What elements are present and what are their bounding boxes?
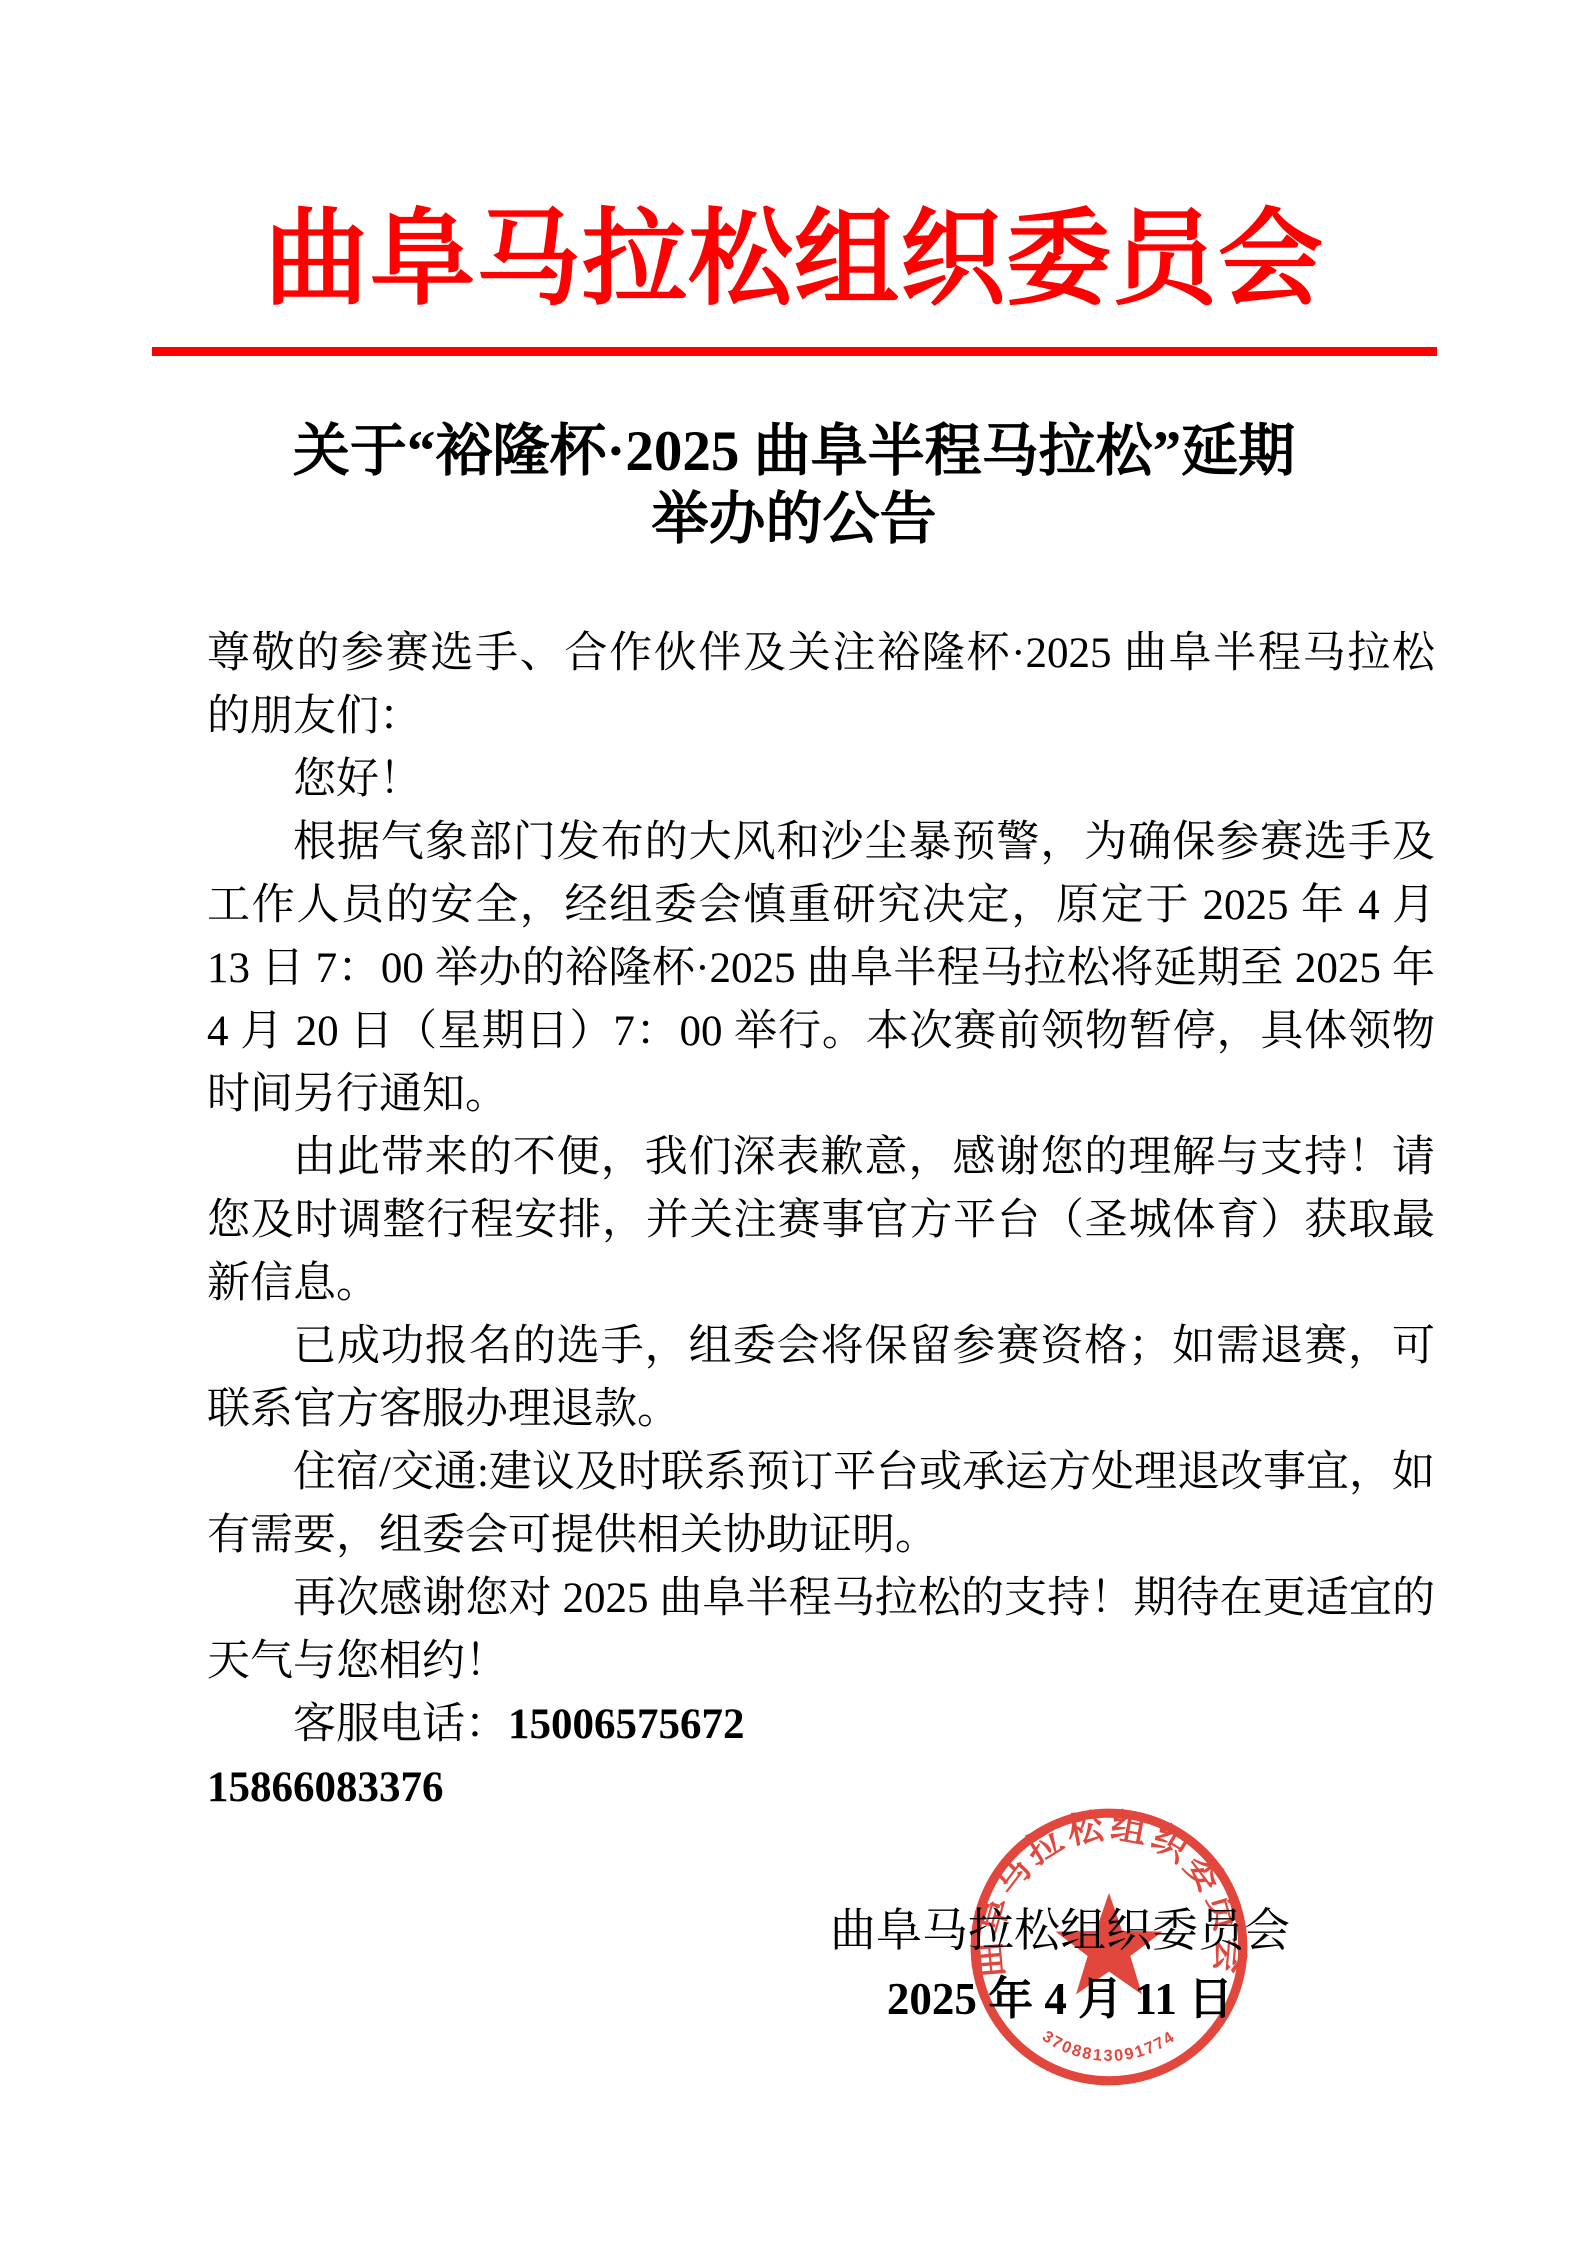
phone-line: 客服电话：15006575672	[207, 1693, 1435, 1756]
paragraph-refund: 已成功报名的选手，组委会将保留参赛资格；如需退赛，可联系官方客服办理退款。	[207, 1315, 1435, 1441]
paragraph-thanks: 再次感谢您对 2025 曲阜半程马拉松的支持！期待在更适宜的天气与您相约！	[207, 1567, 1435, 1693]
body-text: 尊敬的参赛选手、合作伙伴及关注裕隆杯·2025 曲阜半程马拉松的朋友们： 您好！…	[207, 622, 1435, 1819]
announcement-title-line2: 举办的公告	[0, 486, 1588, 554]
paragraph-postponement: 根据气象部门发布的大风和沙尘暴预警，为确保参赛选手及工作人员的安全，经组委会慎重…	[207, 811, 1435, 1126]
announcement-title-line1: 关于“裕隆杯·2025 曲阜半程马拉松”延期	[0, 418, 1588, 486]
announcement-title: 关于“裕隆杯·2025 曲阜半程马拉松”延期 举办的公告	[0, 418, 1588, 554]
official-seal: 曲阜马拉松组织委员会 3708813091774	[966, 1804, 1252, 2090]
phone-number-primary: 15006575672	[508, 1701, 745, 1748]
paragraph-salutation: 尊敬的参赛选手、合作伙伴及关注裕隆杯·2025 曲阜半程马拉松的朋友们：	[207, 622, 1435, 748]
star-icon	[1056, 1893, 1163, 1995]
paragraph-travel: 住宿/交通:建议及时联系预订平台或承运方处理退改事宜，如有需要，组委会可提供相关…	[207, 1441, 1435, 1567]
org-title: 曲阜马拉松组织委员会	[0, 200, 1588, 320]
seal-serial: 3708813091774	[1039, 2027, 1179, 2065]
paragraph-greeting: 您好！	[207, 748, 1435, 811]
document-page: 曲阜马拉松组织委员会 关于“裕隆杯·2025 曲阜半程马拉松”延期 举办的公告 …	[0, 0, 1588, 2245]
header-rule	[152, 347, 1437, 356]
paragraph-apology: 由此带来的不便，我们深表歉意，感谢您的理解与支持！请您及时调整行程安排，并关注赛…	[207, 1126, 1435, 1315]
phone-label: 客服电话：	[293, 1701, 508, 1748]
